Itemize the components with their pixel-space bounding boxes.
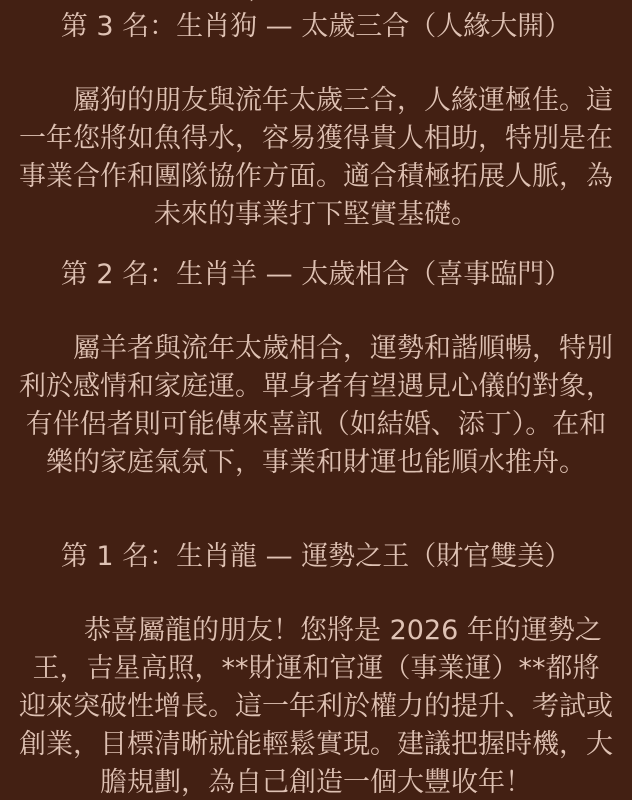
paragraph-line: 王，吉星高照，**財運和官運（事業運）**都將 — [18, 650, 614, 688]
paragraph-line: 膽規劃，為自己創造一個大豐收年！ — [18, 764, 614, 800]
paragraph-line: 未來的事業打下堅實基礎。 — [18, 196, 614, 234]
rank-3-dog-heading: 第 3 名：生肖狗 — 太歲三合（人緣大開） — [18, 8, 614, 46]
paragraph-line: 有伴侶者則可能傳來喜訊（如結婚、添丁）。在和 — [18, 406, 614, 444]
paragraph-line: 創業，目標清晰就能輕鬆實現。建議把握時機，大 — [18, 726, 614, 764]
paragraph-line: 事業合作和團隊協作方面。適合積極拓展人脈，為 — [18, 158, 614, 196]
paragraph-line: 利於感情和家庭運。單身者有望遇見心儀的對象， — [18, 368, 614, 406]
paragraph-line: 樂的家庭氣氛下，事業和財運也能順水推舟。 — [18, 444, 614, 482]
paragraph-line: 屬狗的朋友與流年太歲三合，人緣運極佳。這 — [18, 82, 614, 120]
rank-2-goat-paragraph: 屬羊者與流年太歲相合，運勢和諧順暢，特別 利於感情和家庭運。單身者有望遇見心儀的… — [18, 330, 614, 482]
rank-2-goat-heading: 第 2 名：生肖羊 — 太歲相合（喜事臨門） — [18, 256, 614, 294]
paragraph-line: 恭喜屬龍的朋友！您將是 2026 年的運勢之 — [18, 612, 614, 650]
fortune-text-page: 焦，把握時機。 第 3 名：生肖狗 — 太歲三合（人緣大開） 屬狗的朋友與流年太… — [0, 0, 632, 800]
paragraph-line: 屬羊者與流年太歲相合，運勢和諧順暢，特別 — [18, 330, 614, 368]
clipped-previous-section-line: 焦，把握時機。 — [18, 0, 614, 7]
rank-3-dog-paragraph: 屬狗的朋友與流年太歲三合，人緣運極佳。這 一年您將如魚得水，容易獲得貴人相助，特… — [18, 82, 614, 234]
rank-1-dragon-paragraph: 恭喜屬龍的朋友！您將是 2026 年的運勢之 王，吉星高照，**財運和官運（事業… — [18, 612, 614, 800]
paragraph-line: 迎來突破性增長。這一年利於權力的提升、考試或 — [18, 688, 614, 726]
paragraph-line: 一年您將如魚得水，容易獲得貴人相助，特別是在 — [18, 120, 614, 158]
rank-1-dragon-heading: 第 1 名：生肖龍 — 運勢之王（財官雙美） — [18, 538, 614, 576]
